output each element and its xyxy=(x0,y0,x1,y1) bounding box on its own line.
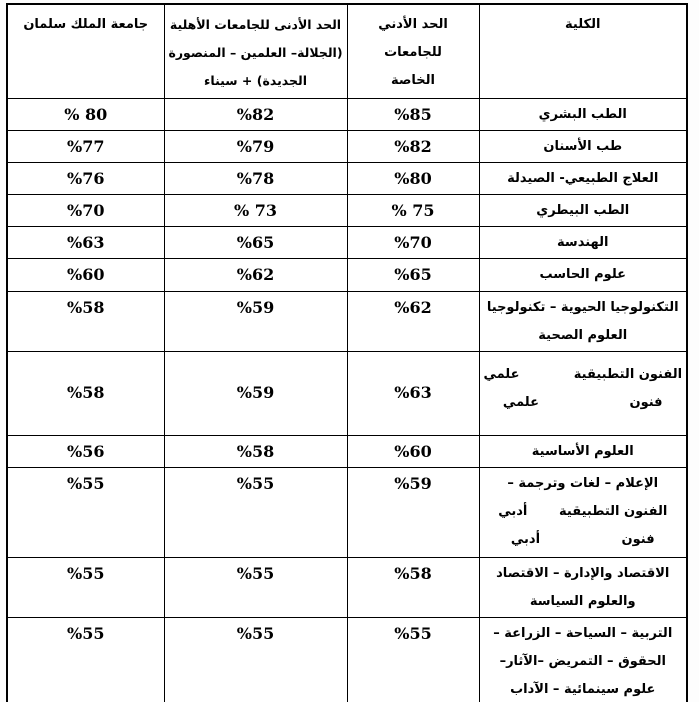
header-private-min: الحد الأدني للجامعات الخاصة xyxy=(347,4,479,98)
table-row: الفنون التطبيقية علمي فنون علمي %63 %59 … xyxy=(7,351,687,435)
header-private-line: الخاصة xyxy=(351,67,476,95)
private-min-cell: %70 xyxy=(347,226,479,258)
salman-min-cell: %58 xyxy=(7,291,164,351)
header-college-label: الكلية xyxy=(483,11,684,39)
table-row: الهندسة %70 %65 %63 xyxy=(7,226,687,258)
college-cell: التربية – السياحة – الزراعة – الحقوق – ا… xyxy=(479,617,687,702)
ahliya-min-cell: %82 xyxy=(164,98,347,130)
ahliya-min-cell: % 73 xyxy=(164,194,347,226)
college-cell: العلاج الطبيعي- الصيدلة xyxy=(479,162,687,194)
college-name: طب الأسنان xyxy=(483,133,684,161)
college-name: الطب البيطري xyxy=(483,197,684,225)
college-name: علوم سينمائية – الآداب xyxy=(483,676,684,702)
header-private-line: للجامعات xyxy=(351,39,476,67)
private-min-cell: %62 xyxy=(347,291,479,351)
header-ahliya-line: الحد الأدنى للجامعات الأهلية xyxy=(168,11,344,39)
ahliya-min-cell: %59 xyxy=(164,351,347,435)
ahliya-min-cell: %59 xyxy=(164,291,347,351)
header-salman: جامعة الملك سلمان xyxy=(7,4,164,98)
salman-min-cell: %55 xyxy=(7,557,164,617)
private-min-cell: %82 xyxy=(347,130,479,162)
ahliya-min-cell: %55 xyxy=(164,617,347,702)
college-cell: علوم الحاسب xyxy=(479,258,687,291)
college-name: الاقتصاد والإدارة – الاقتصاد xyxy=(483,560,684,588)
salman-min-cell: %63 xyxy=(7,226,164,258)
college-cell: التكنولوجيا الحيوية – تكنولوجيا العلوم ا… xyxy=(479,291,687,351)
private-min-cell: %58 xyxy=(347,557,479,617)
college-cell: الإعلام – لغات وترجمة – الفنون التطبيقية… xyxy=(479,467,687,557)
table-row: الطب البشري %85 %82 % 80 xyxy=(7,98,687,130)
college-name: الحقوق – التمريض –الآثار– xyxy=(483,648,684,676)
private-min-cell: %60 xyxy=(347,435,479,467)
salman-min-cell: %56 xyxy=(7,435,164,467)
salman-min-cell: %70 xyxy=(7,194,164,226)
table-row: التكنولوجيا الحيوية – تكنولوجيا العلوم ا… xyxy=(7,291,687,351)
college-name: والعلوم السياسة xyxy=(483,588,684,616)
ahliya-min-cell: %55 xyxy=(164,467,347,557)
college-name: علوم الحاسب xyxy=(483,261,684,289)
private-min-cell: %63 xyxy=(347,351,479,435)
college-name: الفنون التطبيقية علمي xyxy=(483,361,684,389)
private-min-cell: %59 xyxy=(347,467,479,557)
ahliya-min-cell: %58 xyxy=(164,435,347,467)
document-page: الكلية الحد الأدني للجامعات الخاصة الحد … xyxy=(0,0,699,702)
college-name: العلاج الطبيعي- الصيدلة xyxy=(483,165,684,193)
header-ahliya-line: الجديدة) + سيناء xyxy=(168,67,344,95)
table-row: الإعلام – لغات وترجمة – الفنون التطبيقية… xyxy=(7,467,687,557)
table-row: التربية – السياحة – الزراعة – الحقوق – ا… xyxy=(7,617,687,702)
college-cell: الطب البشري xyxy=(479,98,687,130)
private-min-cell: % 75 xyxy=(347,194,479,226)
private-min-cell: %80 xyxy=(347,162,479,194)
college-cell: الهندسة xyxy=(479,226,687,258)
ahliya-min-cell: %55 xyxy=(164,557,347,617)
header-row: الكلية الحد الأدني للجامعات الخاصة الحد … xyxy=(7,4,687,98)
table-row: الاقتصاد والإدارة – الاقتصاد والعلوم الس… xyxy=(7,557,687,617)
ahliya-min-cell: %79 xyxy=(164,130,347,162)
admissions-table: الكلية الحد الأدني للجامعات الخاصة الحد … xyxy=(6,3,688,702)
salman-min-cell: %60 xyxy=(7,258,164,291)
salman-min-cell: %77 xyxy=(7,130,164,162)
private-min-cell: %65 xyxy=(347,258,479,291)
college-name: العلوم الصحية xyxy=(483,322,684,350)
header-ahliya-min: الحد الأدنى للجامعات الأهلية (الجلالة– ا… xyxy=(164,4,347,98)
ahliya-min-cell: %65 xyxy=(164,226,347,258)
salman-min-cell: %76 xyxy=(7,162,164,194)
table-row: العلوم الأساسية %60 %58 %56 xyxy=(7,435,687,467)
college-name: التربية – السياحة – الزراعة – xyxy=(483,620,684,648)
table-row: طب الأسنان %82 %79 %77 xyxy=(7,130,687,162)
private-min-cell: %55 xyxy=(347,617,479,702)
table-row: الطب البيطري % 75 % 73 %70 xyxy=(7,194,687,226)
table-row: العلاج الطبيعي- الصيدلة %80 %78 %76 xyxy=(7,162,687,194)
college-name: الفنون التطبيقية أدبي xyxy=(483,498,684,526)
table-row: علوم الحاسب %65 %62 %60 xyxy=(7,258,687,291)
college-name: فنون أدبي xyxy=(483,526,684,554)
college-name: فنون علمي xyxy=(483,389,684,417)
header-college: الكلية xyxy=(479,4,687,98)
college-name: الهندسة xyxy=(483,229,684,257)
salman-min-cell: %58 xyxy=(7,351,164,435)
salman-min-cell: % 80 xyxy=(7,98,164,130)
salman-min-cell: %55 xyxy=(7,617,164,702)
ahliya-min-cell: %62 xyxy=(164,258,347,291)
header-private-line: الحد الأدني xyxy=(351,11,476,39)
private-min-cell: %85 xyxy=(347,98,479,130)
salman-min-cell: %55 xyxy=(7,467,164,557)
header-ahliya-line: (الجلالة– العلمين – المنصورة xyxy=(168,39,344,67)
college-name: التكنولوجيا الحيوية – تكنولوجيا xyxy=(483,294,684,322)
college-name: الطب البشري xyxy=(483,101,684,129)
college-cell: الاقتصاد والإدارة – الاقتصاد والعلوم الس… xyxy=(479,557,687,617)
college-name: العلوم الأساسية xyxy=(483,438,684,466)
header-salman-label: جامعة الملك سلمان xyxy=(11,11,161,39)
college-name: الإعلام – لغات وترجمة – xyxy=(483,470,684,498)
college-cell: العلوم الأساسية xyxy=(479,435,687,467)
college-cell: الفنون التطبيقية علمي فنون علمي xyxy=(479,351,687,435)
college-cell: طب الأسنان xyxy=(479,130,687,162)
college-cell: الطب البيطري xyxy=(479,194,687,226)
ahliya-min-cell: %78 xyxy=(164,162,347,194)
